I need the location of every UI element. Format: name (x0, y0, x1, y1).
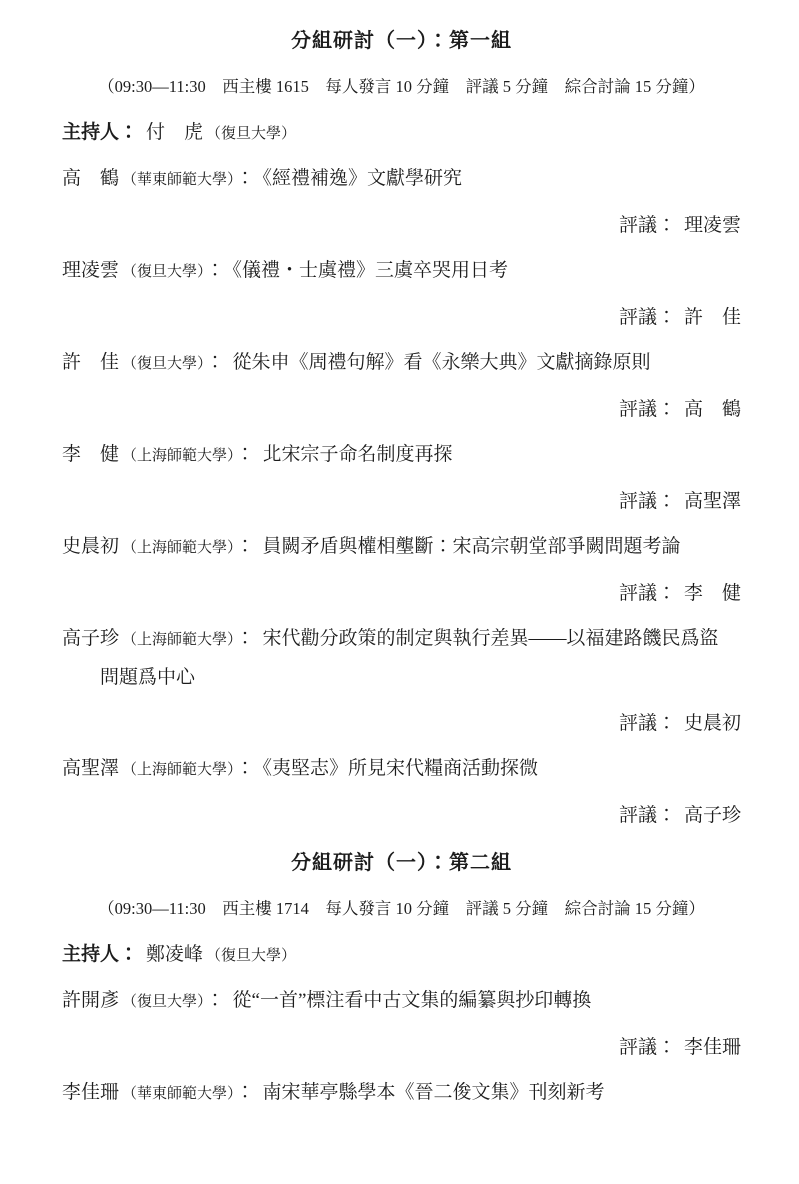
paper-line: 高聖澤（上海師範大學）：《夷堅志》所見宋代糧商活動探微 (62, 736, 741, 782)
discussant-label: 評議： (619, 215, 676, 236)
paper-list: 高 鶴（華東師範大學）：《經禮補逸》文獻學研究 評議：理凌雲 理凌雲（復旦大學）… (62, 146, 741, 828)
discussant-label: 評議： (619, 1037, 676, 1058)
paper-title: 宋代勸分政策的制定與執行差異——以福建路饑民爲盜 (263, 628, 719, 649)
title-colon: ： (206, 352, 225, 373)
chair-label: 主持人： (62, 944, 138, 965)
paper-entry: 許 佳（復旦大學）：從朱申《周禮句解》看《永樂大典》文獻摘錄原則 評議：高 鶴 (62, 330, 741, 422)
title-colon: ： (206, 260, 225, 281)
paper-entry: 高 鶴（華東師範大學）：《經禮補逸》文獻學研究 評議：理凌雲 (62, 146, 741, 238)
paper-title: 員闕矛盾與權相壟斷：宋高宗朝堂部爭闕問題考論 (263, 536, 681, 557)
presenter-name: 高聖澤 (62, 758, 119, 779)
paper-entry: 史晨初（上海師範大學）：員闕矛盾與權相壟斷：宋高宗朝堂部爭闕問題考論 評議：李 … (62, 514, 741, 606)
presenter-affiliation: （上海師範大學） (122, 632, 235, 648)
discussant-line: 評議：史晨初 (62, 690, 741, 736)
presenter-affiliation: （復旦大學） (122, 264, 205, 280)
session-block: 分組研討（一）：第一組 （09:30—11:30 西主樓 1615 每人發言 1… (62, 28, 741, 828)
discussant-name: 理凌雲 (684, 215, 741, 236)
paper-title: 《夷堅志》所見宋代糧商活動探微 (263, 758, 539, 779)
discussant-name: 高子珍 (684, 805, 741, 826)
discussant-label: 評議： (619, 399, 676, 420)
paper-entry: 高聖澤（上海師範大學）：《夷堅志》所見宋代糧商活動探微 評議：高子珍 (62, 736, 741, 828)
title-colon: ： (236, 444, 255, 465)
paper-line: 史晨初（上海師範大學）：員闕矛盾與權相壟斷：宋高宗朝堂部爭闕問題考論 (62, 514, 741, 560)
title-colon: ： (236, 1082, 255, 1103)
paper-line: 許 佳（復旦大學）：從朱申《周禮句解》看《永樂大典》文獻摘錄原則 (62, 330, 741, 376)
presenter-name: 高 鶴 (62, 168, 119, 189)
paper-list: 許開彥（復旦大學）：從“一首”標注看中古文集的編纂與抄印轉換 評議：李佳珊 李佳… (62, 968, 741, 1106)
presenter-affiliation: （上海師範大學） (122, 762, 235, 778)
presenter-affiliation: （華東師範大學） (122, 1086, 235, 1102)
paper-title-continuation-line: 問題爲中心 (62, 652, 741, 690)
discussant-name: 許 佳 (684, 307, 741, 328)
paper-line: 理凌雲（復旦大學）：《儀禮・士虞禮》三虞卒哭用日考 (62, 238, 741, 284)
title-colon: ： (236, 536, 255, 557)
discussant-name: 高聖澤 (684, 491, 741, 512)
discussant-line: 評議：高子珍 (62, 782, 741, 828)
presenter-name: 李 健 (62, 444, 119, 465)
paper-title: 《經禮補逸》文獻學研究 (263, 168, 463, 189)
session-title: 分組研討（一）：第一組 (62, 28, 741, 54)
discussant-label: 評議： (619, 713, 676, 734)
paper-title: 北宋宗子命名制度再探 (263, 444, 453, 465)
paper-title: 《儀禮・士虞禮》三虞卒哭用日考 (233, 260, 509, 281)
session-info: （09:30—11:30 西主樓 1714 每人發言 10 分鐘 評議 5 分鐘… (62, 896, 741, 922)
title-colon: ： (206, 990, 225, 1011)
discussant-line: 評議：李 健 (62, 560, 741, 606)
discussant-label: 評議： (619, 805, 676, 826)
discussant-line: 評議：高聖澤 (62, 468, 741, 514)
discussant-line: 評議：許 佳 (62, 284, 741, 330)
chair-label: 主持人： (62, 122, 138, 143)
paper-line: 高子珍（上海師範大學）：宋代勸分政策的制定與執行差異——以福建路饑民爲盜 (62, 606, 741, 652)
presenter-affiliation: （上海師範大學） (122, 540, 235, 556)
paper-line: 李 健（上海師範大學）：北宋宗子命名制度再探 (62, 422, 741, 468)
discussant-line: 評議：高 鶴 (62, 376, 741, 422)
discussant-line: 評議：李佳珊 (62, 1014, 741, 1060)
title-colon: ： (236, 628, 255, 649)
title-colon: ： (236, 168, 255, 189)
presenter-name: 史晨初 (62, 536, 119, 557)
chair-name: 鄭凌峰 (146, 944, 203, 965)
discussant-label: 評議： (619, 307, 676, 328)
session-block: 分組研討（一）：第二組 （09:30—11:30 西主樓 1714 每人發言 1… (62, 850, 741, 1106)
paper-line: 李佳珊（華東師範大學）：南宋華亭縣學本《晉二俊文集》刊刻新考 (62, 1060, 741, 1106)
title-colon: ： (236, 758, 255, 779)
presenter-affiliation: （復旦大學） (122, 994, 205, 1010)
paper-title: 南宋華亭縣學本《晉二俊文集》刊刻新考 (263, 1082, 605, 1103)
presenter-name: 許 佳 (62, 352, 119, 373)
chair-line: 主持人：鄭凌峰（復旦大學） (62, 922, 741, 968)
discussant-label: 評議： (619, 491, 676, 512)
conference-program-page: 分組研討（一）：第一組 （09:30—11:30 西主樓 1615 每人發言 1… (0, 0, 799, 1184)
presenter-affiliation: （華東師範大學） (122, 172, 235, 188)
paper-title: 從朱申《周禮句解》看《永樂大典》文獻摘錄原則 (233, 352, 651, 373)
paper-entry: 高子珍（上海師範大學）：宋代勸分政策的制定與執行差異——以福建路饑民爲盜 問題爲… (62, 606, 741, 736)
presenter-name: 理凌雲 (62, 260, 119, 281)
session-info: （09:30—11:30 西主樓 1615 每人發言 10 分鐘 評議 5 分鐘… (62, 74, 741, 100)
session-title: 分組研討（一）：第二組 (62, 850, 741, 876)
paper-title: 從“一首”標注看中古文集的編纂與抄印轉換 (233, 990, 592, 1011)
discussant-name: 李佳珊 (684, 1037, 741, 1058)
discussant-label: 評議： (619, 583, 676, 604)
paper-title-continuation: 問題爲中心 (100, 667, 195, 688)
paper-entry: 許開彥（復旦大學）：從“一首”標注看中古文集的編纂與抄印轉換 評議：李佳珊 (62, 968, 741, 1060)
presenter-name: 李佳珊 (62, 1082, 119, 1103)
chair-affiliation: （復旦大學） (206, 126, 296, 142)
paper-line: 高 鶴（華東師範大學）：《經禮補逸》文獻學研究 (62, 146, 741, 192)
paper-line: 許開彥（復旦大學）：從“一首”標注看中古文集的編纂與抄印轉換 (62, 968, 741, 1014)
paper-entry: 理凌雲（復旦大學）：《儀禮・士虞禮》三虞卒哭用日考 評議：許 佳 (62, 238, 741, 330)
paper-entry: 李 健（上海師範大學）：北宋宗子命名制度再探 評議：高聖澤 (62, 422, 741, 514)
presenter-name: 許開彥 (62, 990, 119, 1011)
chair-name: 付 虎 (146, 122, 203, 143)
presenter-affiliation: （復旦大學） (122, 356, 205, 372)
discussant-name: 李 健 (684, 583, 741, 604)
discussant-name: 高 鶴 (684, 399, 741, 420)
discussant-line: 評議：理凌雲 (62, 192, 741, 238)
chair-affiliation: （復旦大學） (206, 948, 296, 964)
paper-entry: 李佳珊（華東師範大學）：南宋華亭縣學本《晉二俊文集》刊刻新考 (62, 1060, 741, 1106)
discussant-name: 史晨初 (684, 713, 741, 734)
presenter-affiliation: （上海師範大學） (122, 448, 235, 464)
presenter-name: 高子珍 (62, 628, 119, 649)
chair-line: 主持人：付 虎（復旦大學） (62, 100, 741, 146)
